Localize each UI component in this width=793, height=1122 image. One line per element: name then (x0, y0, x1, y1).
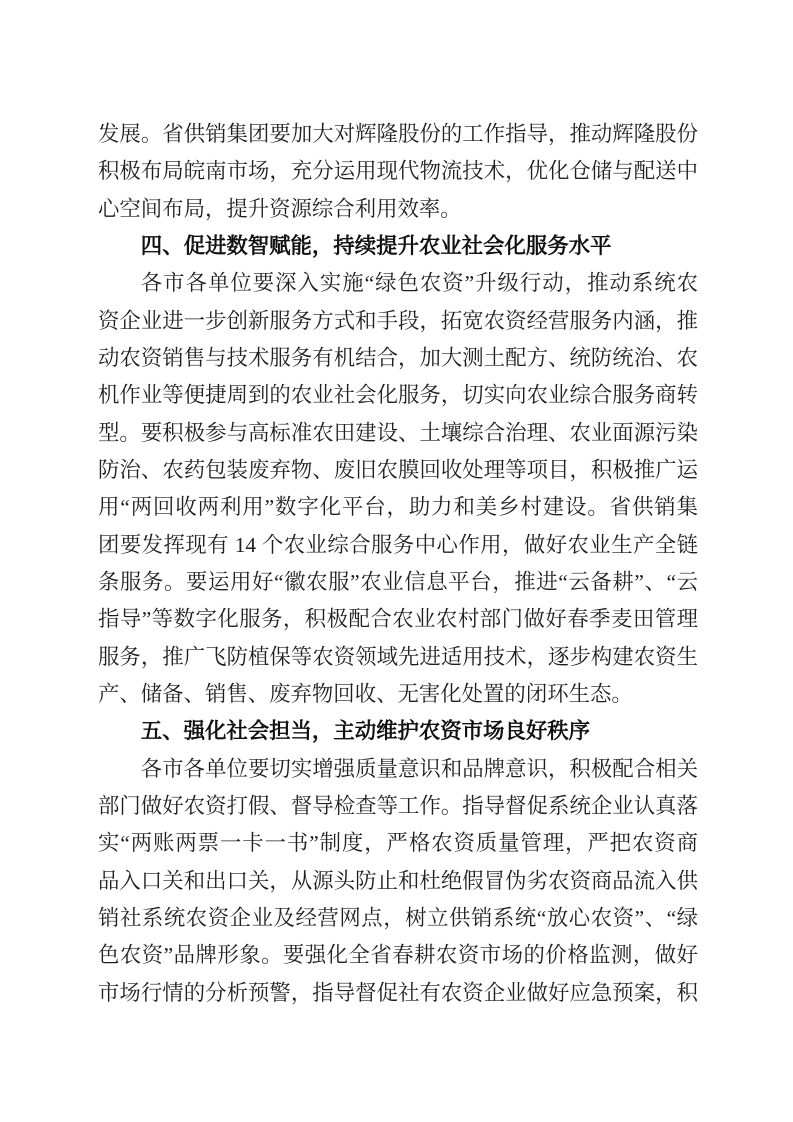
document-page: 发展。省供销集团要加大对辉隆股份的工作指导，推动辉隆股份 积极布局皖南市场，充分… (0, 0, 793, 1122)
text-line: 型。要积极参与高标准农田建设、土壤综合治理、农业面源污染 (98, 415, 698, 452)
text-line: 各市各单位要深入实施“绿色农资”升级行动，推动系统农 (98, 265, 698, 302)
text-line: 积极布局皖南市场，充分运用现代物流技术，优化仓储与配送中 (98, 153, 698, 190)
text-line: 心空间布局，提升资源综合利用效率。 (98, 191, 698, 228)
text-line: 市场行情的分析预警，指导督促社有农资企业做好应急预案，积 (98, 975, 698, 1012)
text-line: 各市各单位要切实增强质量意识和品牌意识，积极配合相关 (98, 751, 698, 788)
text-line: 机作业等便捷周到的农业社会化服务，切实向农业综合服务商转 (98, 377, 698, 414)
text-line: 团要发挥现有 14 个农业综合服务中心作用，做好农业生产全链 (98, 527, 698, 564)
section-heading-five: 五、强化社会担当，主动维护农资市场良好秩序 (98, 713, 698, 750)
text-line: 产、储备、销售、废弃物回收、无害化处置的闭环生态。 (98, 676, 698, 713)
text-line: 销社系统农资企业及经营网点，树立供销系统“放心农资”、“绿 (98, 900, 698, 937)
text-line: 发展。省供销集团要加大对辉隆股份的工作指导，推动辉隆股份 (98, 116, 698, 153)
text-line: 防治、农药包装废弃物、废旧农膜回收处理等项目，积极推广运 (98, 452, 698, 489)
text-line: 指导”等数字化服务，积极配合农业农村部门做好春季麦田管理 (98, 601, 698, 638)
text-line: 实“两账两票一卡一书”制度，严格农资质量管理，严把农资商 (98, 825, 698, 862)
document-body: 发展。省供销集团要加大对辉隆股份的工作指导，推动辉隆股份 积极布局皖南市场，充分… (98, 116, 698, 1012)
text-line: 部门做好农资打假、督导检查等工作。指导督促系统企业认真落 (98, 788, 698, 825)
text-line: 动农资销售与技术服务有机结合，加大测土配方、统防统治、农 (98, 340, 698, 377)
section-heading-four: 四、促进数智赋能，持续提升农业社会化服务水平 (98, 228, 698, 265)
text-line: 色农资”品牌形象。要强化全省春耕农资市场的价格监测，做好 (98, 937, 698, 974)
text-line: 用“两回收两利用”数字化平台，助力和美乡村建设。省供销集 (98, 489, 698, 526)
text-line: 服务，推广飞防植保等农资领域先进适用技术，逐步构建农资生 (98, 639, 698, 676)
text-line: 资企业进一步创新服务方式和手段，拓宽农资经营服务内涵，推 (98, 303, 698, 340)
text-line: 条服务。要运用好“徽农服”农业信息平台，推进“云备耕”、“云 (98, 564, 698, 601)
text-line: 品入口关和出口关，从源头防止和杜绝假冒伪劣农资商品流入供 (98, 863, 698, 900)
